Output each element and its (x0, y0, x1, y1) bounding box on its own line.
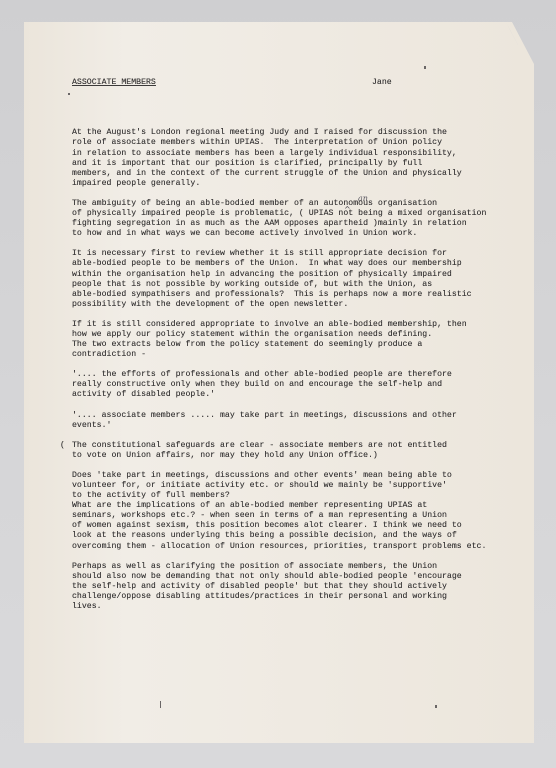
ink-speck (68, 93, 70, 95)
text-line: The two extracts below from the policy s… (72, 340, 522, 350)
text-line: able-bodied sympathisers and professiona… (72, 290, 522, 300)
text-line: in relation to associate members has bee… (72, 149, 522, 159)
paragraph: '.... associate members ..... may take p… (72, 411, 522, 431)
paragraph: (The constitutional safeguards are clear… (72, 441, 522, 461)
paragraph: '.... the efforts of professionals and o… (72, 370, 522, 400)
text-line: look at the reasons underlying this bein… (72, 531, 522, 541)
text-line: volunteer for, or initiate activity etc.… (72, 481, 522, 491)
text-line: seminars, workshops etc.? - when seen in… (72, 511, 522, 521)
text-line: of physically impaired people is problem… (72, 209, 522, 219)
paragraph: Perhaps as well as clarifying the positi… (72, 562, 522, 612)
text-line: If it is still considered appropriate to… (72, 320, 522, 330)
text-line: really constructive only when they build… (72, 380, 522, 390)
text-line: to how and in what ways we can become ac… (72, 229, 522, 239)
ink-speck (435, 705, 437, 708)
ink-speck (160, 701, 161, 708)
text-line: how we apply our policy statement within… (72, 330, 522, 340)
text-line: '.... associate members ..... may take p… (72, 411, 522, 421)
paragraph: At the August's London regional meeting … (72, 128, 522, 189)
paragraph: If it is still considered appropriate to… (72, 320, 522, 360)
text-line: contradiction - (72, 350, 522, 360)
text-line: Perhaps as well as clarifying the positi… (72, 562, 522, 572)
text-line: activity of disabled people.' (72, 390, 522, 400)
text-line: possibility with the development of the … (72, 300, 522, 310)
text-line: within the organisation help in advancin… (72, 270, 522, 280)
text-line: What are the implications of an able-bod… (72, 501, 522, 511)
text-line: able-bodied people to be members of the … (72, 259, 522, 269)
text-line: role of associate members within UPIAS. … (72, 138, 522, 148)
text-line: people that is not possible by working o… (72, 280, 522, 290)
text-line: the self-help and activity of disabled p… (72, 582, 522, 592)
text-line: to vote on Union affairs, nor may they h… (72, 451, 522, 461)
text-line: of women against sexism, this position b… (72, 521, 522, 531)
paragraph: It is necessary first to review whether … (72, 249, 522, 310)
ink-speck (424, 66, 426, 69)
text-line: lives. (72, 602, 522, 612)
text-line: The ambiguity of being an able-bodied me… (72, 199, 522, 209)
text-line: fighting segregation in as much as the A… (72, 219, 522, 229)
paragraph-list: At the August's London regional meeting … (72, 128, 522, 612)
document-header: ASSOCIATE MEMBERS Jane (72, 78, 522, 90)
text-line: should also now be demanding that not on… (72, 572, 522, 582)
text-line: It is necessary first to review whether … (72, 249, 522, 259)
text-line: impaired people generally. (72, 179, 522, 189)
bracket-mark: ( (60, 441, 65, 451)
text-line: overcoming them - allocation of Union re… (72, 542, 522, 552)
document-author: Jane (372, 78, 392, 88)
text-line: to the activity of full members? (72, 491, 522, 501)
document-title: ASSOCIATE MEMBERS (72, 78, 156, 88)
text-line: The constitutional safeguards are clear … (72, 441, 522, 451)
paragraph: Does 'take part in meetings, discussions… (72, 471, 522, 552)
text-line: challenge/oppose disabling attitudes/pra… (72, 592, 522, 602)
text-line: and it is important that our position is… (72, 159, 522, 169)
text-line: At the August's London regional meeting … (72, 128, 522, 138)
paragraph: The ambiguity of being an able-bodied me… (72, 199, 522, 239)
text-line: Does 'take part in meetings, discussions… (72, 471, 522, 481)
text-line: members, and in the context of the curre… (72, 169, 522, 179)
text-line: '.... the efforts of professionals and o… (72, 370, 522, 380)
document-body: ASSOCIATE MEMBERS Jane At the August's L… (72, 58, 522, 632)
text-line: events.' (72, 421, 522, 431)
